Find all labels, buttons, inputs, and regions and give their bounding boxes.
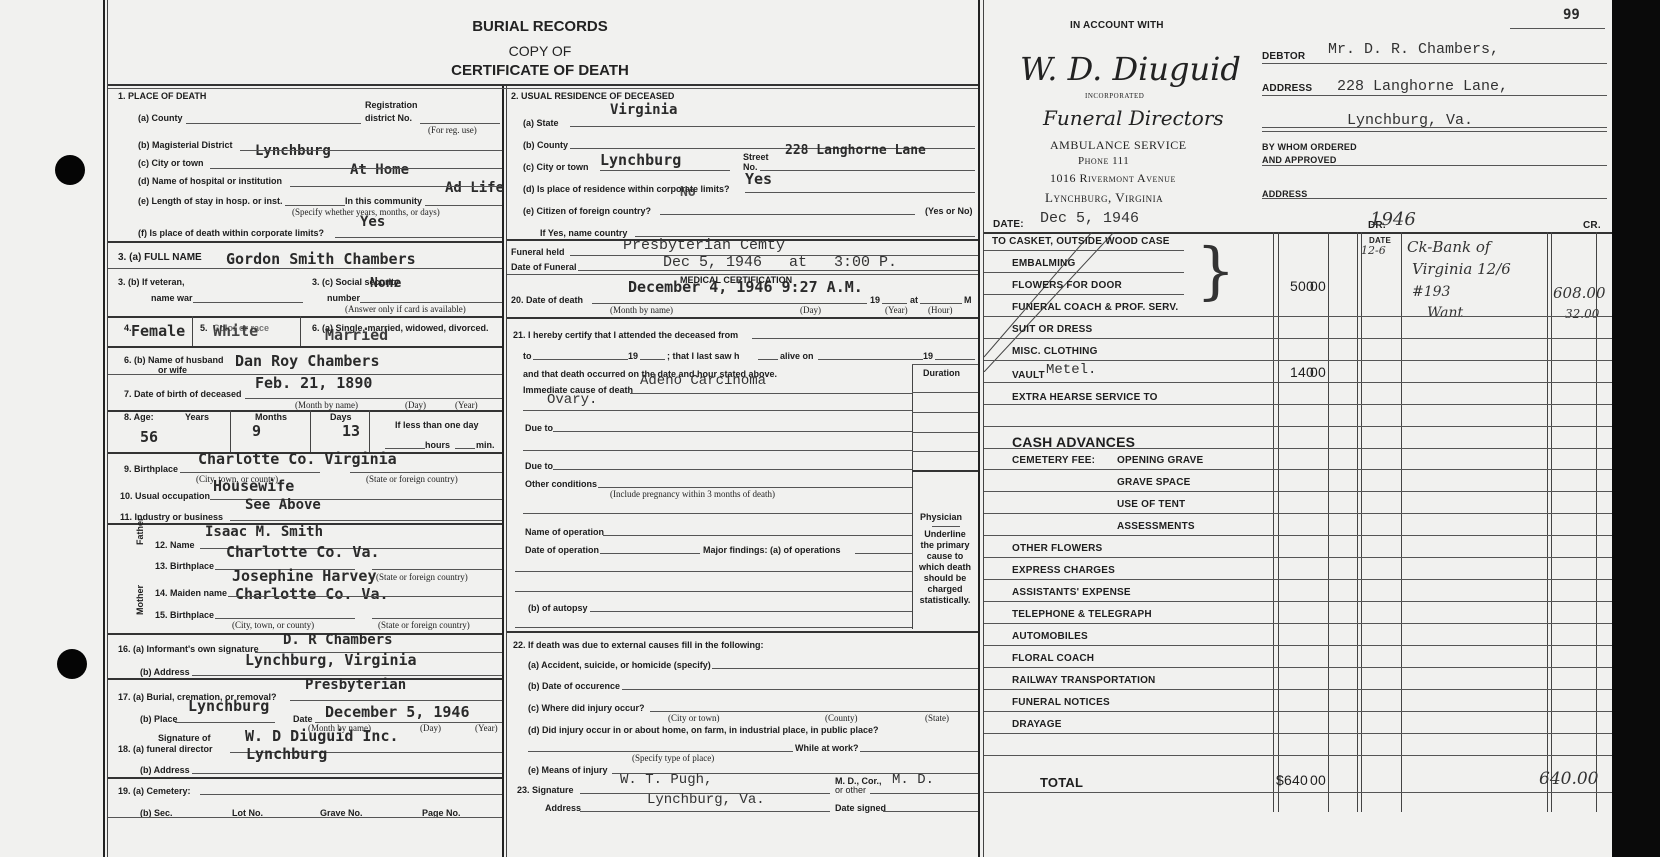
father-birthplace-value: Charlotte Co. Va. — [226, 543, 380, 561]
residence-corporate-value: No — [680, 185, 696, 200]
death-month-note: (Month by name) — [610, 305, 673, 315]
birth-day-note: (Day) — [405, 400, 426, 410]
occupation-value: Housewife — [213, 477, 294, 495]
external-d-label: (d) Did injury occur in or about home, o… — [528, 725, 879, 735]
stay-value: Yes — [360, 214, 385, 230]
debtor-value: Mr. D. R. Chambers, — [1328, 41, 1499, 58]
birthplace-label: 9. Birthplace — [124, 464, 178, 474]
total-amount: $640 — [1276, 772, 1308, 788]
informant-address-label: (b) Address — [140, 667, 190, 677]
director-address-label: (b) Address — [140, 765, 190, 775]
brace-icon: } — [1196, 240, 1235, 302]
death-at-label: at — [910, 295, 918, 305]
tagline: Funeral Directors — [1043, 106, 1224, 130]
major-findings-label: Major findings: (a) of operations — [703, 545, 841, 555]
cemetery-fee-label: CEMETERY FEE: — [1012, 455, 1095, 466]
age-months-label: Months — [255, 412, 287, 422]
page-number: 99 — [1563, 7, 1580, 23]
company-city: Lynchburg, Virginia — [1045, 190, 1163, 206]
item-flowers-door: FLOWERS FOR DOOR — [1012, 280, 1122, 291]
item-flowers-door-cents: 00 — [1310, 278, 1326, 294]
age-years-label: Years — [185, 412, 209, 422]
citizen-note: (Yes or No) — [925, 206, 973, 216]
residence-city-label: (c) City or town — [523, 162, 589, 172]
physician-note-line: statistically. — [914, 595, 976, 606]
mother-birthplace-value: Charlotte Co. Va. — [235, 585, 389, 603]
year-value: 1946 — [1370, 209, 1416, 230]
birth-year-note: (Year) — [455, 400, 478, 410]
birth-date-value: Feb. 21, 1890 — [255, 374, 372, 392]
total-label: TOTAL — [1040, 775, 1083, 790]
item-casket: TO CASKET, OUTSIDE WOOD CASE — [992, 236, 1170, 247]
death-hour-note: (Hour) — [928, 305, 953, 315]
age-years-value: 56 — [140, 428, 158, 446]
birth-month-note: (Month by name) — [295, 400, 358, 410]
item-other-flowers: OTHER FLOWERS — [1012, 543, 1102, 554]
full-name-label: 3. (a) FULL NAME — [118, 252, 202, 263]
residence-street-value: 228 Langhorne Lane — [785, 143, 926, 158]
informant-signature-value: D. R Chambers — [283, 632, 393, 648]
certify-19a: 19 — [628, 351, 638, 361]
stay-label: (e) Length of stay in hosp. or inst. — [138, 196, 283, 206]
payment-note-4: Want — [1427, 305, 1463, 321]
street-yes-value: Yes — [745, 170, 772, 188]
certify-last-saw: ; that I last saw h — [667, 351, 740, 361]
birthplace-value: Charlotte Co. Virginia — [198, 450, 397, 468]
mother-side-label: Mother — [135, 585, 145, 615]
min-label: min. — [476, 440, 495, 450]
social-note: (Answer only if card is available) — [345, 304, 466, 314]
citizen-label: (e) Citizen of foreign country? — [523, 206, 651, 216]
item-assessments: ASSESSMENTS — [1117, 521, 1195, 532]
total-credit: 640.00 — [1539, 769, 1598, 789]
father-birthplace-label: 13. Birthplace — [155, 561, 214, 571]
item-telephone: TELEPHONE & TELEGRAPH — [1012, 609, 1152, 620]
item-extra-hearse: EXTRA HEARSE SERVICE TO — [1012, 392, 1158, 403]
residence-county-label: (b) County — [523, 140, 568, 150]
social-number-label: number — [327, 293, 360, 303]
residence-state-label: (a) State — [523, 118, 559, 128]
physician-note-line: cause to — [914, 551, 976, 562]
industry-value: See Above — [245, 497, 321, 513]
ordered-by-label: BY WHOM ORDERED — [1262, 142, 1357, 152]
death-m-label: M — [964, 295, 972, 305]
country-label: If Yes, name country — [540, 228, 627, 238]
death-day-note: (Day) — [800, 305, 821, 315]
reg-label-2: district No. — [365, 113, 412, 123]
director-signature-label-2: 18. (a) funeral director — [118, 744, 213, 754]
veteran-label: 3. (b) If veteran, — [118, 277, 185, 287]
mother-name-value: Josephine Harvey — [232, 567, 377, 585]
external-b-label: (b) Date of occurence — [528, 681, 620, 691]
item-grave-space: GRAVE SPACE — [1117, 477, 1191, 488]
date-signed-label: Date signed — [835, 803, 886, 813]
birthplace-state-note: (State or foreign country) — [366, 474, 458, 484]
punch-hole — [55, 155, 85, 185]
age-days-label: Days — [330, 412, 352, 422]
item-vault-typed: Metel. — [1046, 362, 1096, 378]
company-name: W. D. Diuguid — [1020, 50, 1241, 88]
age-days-value: 13 — [342, 422, 360, 440]
type-of-place-note: (Specify type of place) — [632, 753, 714, 763]
external-c-label: (c) Where did injury occur? — [528, 703, 645, 713]
item-assistants-expense: ASSISTANTS' EXPENSE — [1012, 587, 1131, 598]
full-name-value: Gordon Smith Chambers — [226, 250, 416, 268]
item-vault-cents: 00 — [1310, 364, 1326, 380]
marital-value: Married — [325, 326, 388, 344]
community-label: In this community — [345, 196, 422, 206]
death-city-value: At Home — [350, 162, 409, 178]
street-label: Street — [743, 152, 769, 162]
physician-note: Underline the primary cause to which dea… — [914, 529, 976, 606]
veteran-war-label: name war — [151, 293, 193, 303]
less-than-day-label: If less than one day — [395, 420, 479, 430]
death-year-note: (Year) — [885, 305, 908, 315]
burial-day-note: (Day) — [420, 723, 441, 733]
age-label: 8. Age: — [124, 412, 154, 422]
payment-date-value: 12-6 — [1361, 244, 1386, 257]
physician-note-line: the primary — [914, 540, 976, 551]
certify-alive: alive on — [780, 351, 814, 361]
due-to-2-label: Due to — [525, 461, 553, 471]
item-vault: VAULT — [1012, 370, 1045, 381]
item-opening-grave: OPENING GRAVE — [1117, 455, 1203, 466]
funeral-held-value: Presbyterian Cemty — [623, 237, 785, 254]
item-funeral-coach: FUNERAL COACH & PROF. SERV. — [1012, 302, 1178, 313]
operation-date-label: Date of operation — [525, 545, 599, 555]
item-floral-coach: FLORAL COACH — [1012, 653, 1094, 664]
payment-note-2: Virginia 12/6 — [1412, 260, 1511, 278]
residence-corporate-label: (d) Is place of residence within corpora… — [523, 184, 730, 194]
informant-signature-label: 16. (a) Informant's own signature — [118, 644, 259, 654]
sex-value: Female — [131, 322, 185, 340]
burial-record-page: BURIAL RECORDS COPY OF CERTIFICATE OF DE… — [0, 0, 1612, 857]
title-certificate-of-death: CERTIFICATE OF DEATH — [400, 62, 680, 79]
director-signature-label: Signature of — [158, 733, 211, 743]
death-city-label: (c) City or town — [138, 158, 204, 168]
hospital-label: (d) Name of hospital or institution — [138, 176, 282, 186]
title-burial-records: BURIAL RECORDS — [420, 18, 660, 35]
autopsy-label: (b) of autopsy — [528, 603, 588, 613]
residence-state-value: Virginia — [610, 102, 677, 118]
funeral-held-label: Funeral held — [511, 247, 565, 257]
external-causes-heading: 22. If death was due to external causes … — [513, 640, 764, 650]
in-account-with: IN ACCOUNT WITH — [1070, 20, 1164, 31]
burial-value: Presbyterian — [305, 677, 406, 693]
death-year-19: 19 — [870, 295, 880, 305]
external-city-note: (City or town) — [668, 713, 720, 723]
debtor-address-value: 228 Langhorne Lane, — [1337, 78, 1508, 95]
mother-birthplace-label: 15. Birthplace — [155, 610, 214, 620]
incorporated-label: INCORPORATED — [1085, 92, 1144, 100]
occupation-label: 10. Usual occupation — [120, 491, 210, 501]
mother-name-label: 14. Maiden name — [155, 588, 227, 598]
due-to-1-label: Due to — [525, 423, 553, 433]
magisterial-value: Lynchburg — [255, 143, 331, 159]
or-other-label: or other — [835, 785, 866, 795]
other-conditions-label: Other conditions — [525, 479, 597, 489]
burial-date-value: December 5, 1946 — [325, 703, 470, 721]
race-value: White — [213, 322, 258, 340]
credit-amount-1: 608.00 — [1553, 284, 1606, 302]
physician-signature-value: W. T. Pugh, — [620, 772, 712, 788]
item-funeral-notices: FUNERAL NOTICES — [1012, 697, 1110, 708]
age-months-value: 9 — [252, 422, 261, 440]
company-street: 1016 Rivermont Avenue — [1050, 171, 1176, 186]
credit-amount-2: 32.00 — [1565, 307, 1599, 321]
director-address-value: Lynchburg — [246, 745, 327, 763]
md-title-value: M. D. — [892, 772, 934, 788]
informant-address-value: Lynchburg, Virginia — [245, 651, 417, 669]
race-num: 5. — [200, 323, 208, 333]
ambulance-service: AMBULANCE SERVICE — [1050, 138, 1187, 153]
birth-date-label: 7. Date of birth of deceased — [124, 389, 242, 399]
payment-note-3: #193 — [1412, 284, 1450, 300]
mother-city-note: (City, town, or county) — [232, 620, 314, 630]
date-of-death-label: 20. Date of death — [511, 295, 583, 305]
external-a-label: (a) Accident, suicide, or homicide (spec… — [528, 660, 711, 670]
burial-place-value: Lynchburg — [188, 697, 269, 715]
spouse-value: Dan Roy Chambers — [235, 352, 380, 370]
external-state-note: (State) — [925, 713, 949, 723]
county-label: (a) County — [138, 113, 183, 123]
duration-label: Duration — [923, 368, 960, 378]
father-name-label: 12. Name — [155, 540, 195, 550]
cr-label: CR. — [1583, 220, 1601, 231]
certify-19b: 19 — [923, 351, 933, 361]
residence-city-value: Lynchburg — [600, 151, 681, 169]
physician-note-line: Underline — [914, 529, 976, 540]
debtor-label: DEBTOR — [1262, 51, 1305, 62]
director-signature-value: W. D Diuguid Inc. — [245, 727, 399, 745]
physician-address-label: Address — [545, 803, 581, 813]
date-value: Dec 5, 1946 — [1040, 210, 1139, 227]
physician-signature-label: 23. Signature — [517, 785, 574, 795]
item-automobiles: AUTOMOBILES — [1012, 631, 1088, 642]
external-county-note: (County) — [825, 713, 858, 723]
title-copy-of: COPY OF — [420, 43, 660, 59]
physician-note-line: should be — [914, 573, 976, 584]
operation-name-label: Name of operation — [525, 527, 604, 537]
reg-note: (For reg. use) — [428, 125, 477, 135]
debtor-address-label: ADDRESS — [1262, 83, 1312, 94]
total-cents: 00 — [1310, 772, 1326, 788]
reg-label: Registration — [365, 100, 418, 110]
item-embalming: EMBALMING — [1012, 258, 1075, 269]
burial-year-note: (Year) — [475, 723, 498, 733]
payment-note-1: Ck-Bank of — [1407, 238, 1490, 256]
physician-heading: Physician — [920, 512, 962, 522]
punch-hole — [57, 649, 87, 679]
item-express-charges: EXPRESS CHARGES — [1012, 565, 1115, 576]
item-drayage: DRAYAGE — [1012, 719, 1062, 730]
phone-number: Phone 111 — [1078, 155, 1129, 167]
certify-line-1: 21. I hereby certify that I attended the… — [513, 330, 738, 340]
date-of-death-value: December 4, 1946 9:27 A.M. — [628, 278, 863, 296]
while-at-work-label: While at work? — [795, 743, 859, 753]
approved-label: AND APPROVED — [1262, 155, 1337, 165]
immediate-cause-value: Adeno Carcinoma — [640, 373, 766, 389]
cemetery-label: 19. (a) Cemetery: — [118, 786, 191, 796]
funeral-date-label: Date of Funeral — [511, 262, 577, 272]
date-label: DATE: — [993, 219, 1024, 230]
item-suit-dress: SUIT OR DRESS — [1012, 324, 1092, 335]
hospital-value: Ad Life — [445, 180, 504, 196]
physician-address-value: Lynchburg, Va. — [647, 792, 765, 808]
father-state-note: (State or foreign country) — [376, 572, 468, 582]
item-railway: RAILWAY TRANSPORTATION — [1012, 675, 1155, 686]
residence-heading: 2. USUAL RESIDENCE OF DECEASED — [511, 91, 674, 101]
item-use-of-tent: USE OF TENT — [1117, 499, 1185, 510]
death-corporate-label: (f) Is place of death within corporate l… — [138, 228, 324, 238]
place-of-death-heading: 1. PLACE OF DEATH — [118, 91, 206, 101]
certify-to: to — [523, 351, 532, 361]
item-misc-clothing: MISC. CLOTHING — [1012, 346, 1098, 357]
other-conditions-note: (Include pregnancy within 3 months of de… — [610, 489, 775, 499]
burial-place-label: (b) Place — [140, 714, 178, 724]
father-side-label: Father — [135, 517, 145, 545]
immediate-cause-value-2: Ovary. — [547, 392, 597, 408]
funeral-date-value: Dec 5, 1946 at 3:00 P. — [663, 254, 897, 271]
hours-label: hours — [425, 440, 450, 450]
means-of-injury-label: (e) Means of injury — [528, 765, 608, 775]
physician-note-line: charged — [914, 584, 976, 595]
magisterial-label: (b) Magisterial District — [138, 140, 233, 150]
spouse-label: 6. (b) Name of husband — [124, 355, 224, 365]
physician-note-line: which death — [914, 562, 976, 573]
social-security-value: None — [370, 276, 401, 291]
mother-state-note: (State or foreign country) — [378, 620, 470, 630]
father-name-value: Isaac M. Smith — [205, 524, 323, 540]
